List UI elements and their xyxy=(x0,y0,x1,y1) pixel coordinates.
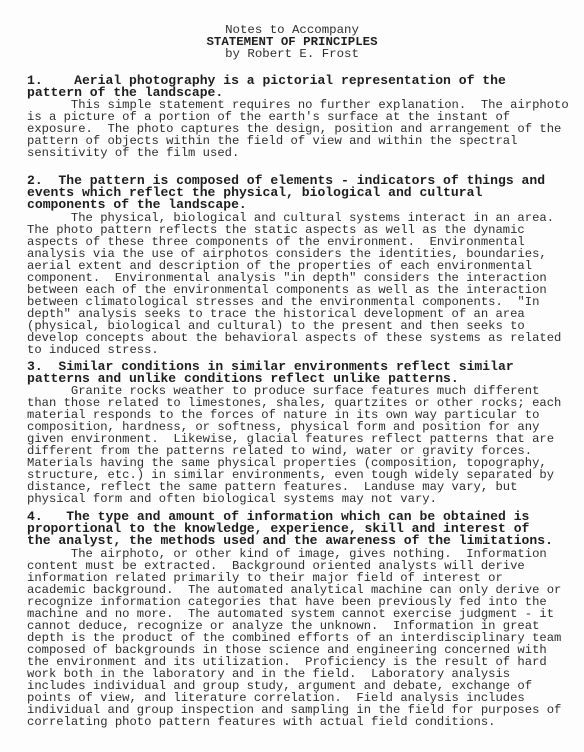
byline: by Robert E. Frost xyxy=(0,48,584,60)
section-body-line: physical form and often biological syste… xyxy=(27,493,437,505)
section-heading-line: patterns and unlike conditions reflect u… xyxy=(27,373,459,385)
section-heading-line: 4. The type and amount of information wh… xyxy=(27,511,529,523)
section-body-line: to induced stress. xyxy=(27,344,159,356)
section-heading-line: events which reflect the physical, biolo… xyxy=(27,187,482,199)
section-heading-line: components of the landscape. xyxy=(27,199,247,211)
section-body-line: sensitivity of the film used. xyxy=(27,147,239,159)
section-heading-line: proportional to the knowledge, experienc… xyxy=(27,523,529,535)
section-heading-line: 2. The pattern is composed of elements -… xyxy=(27,175,545,187)
section-heading-line: pattern of the landscape. xyxy=(27,87,223,99)
section-body-line: correlating photo pattern features with … xyxy=(27,716,495,728)
document-page: Notes to Accompany STATEMENT OF PRINCIPL… xyxy=(0,0,584,752)
section-heading-line: 1. Aerial photography is a pictorial rep… xyxy=(27,75,506,87)
section-heading-line: the analyst, the methods used and the aw… xyxy=(27,535,553,547)
section-heading-line: 3. Similar conditions in similar environ… xyxy=(27,361,514,373)
